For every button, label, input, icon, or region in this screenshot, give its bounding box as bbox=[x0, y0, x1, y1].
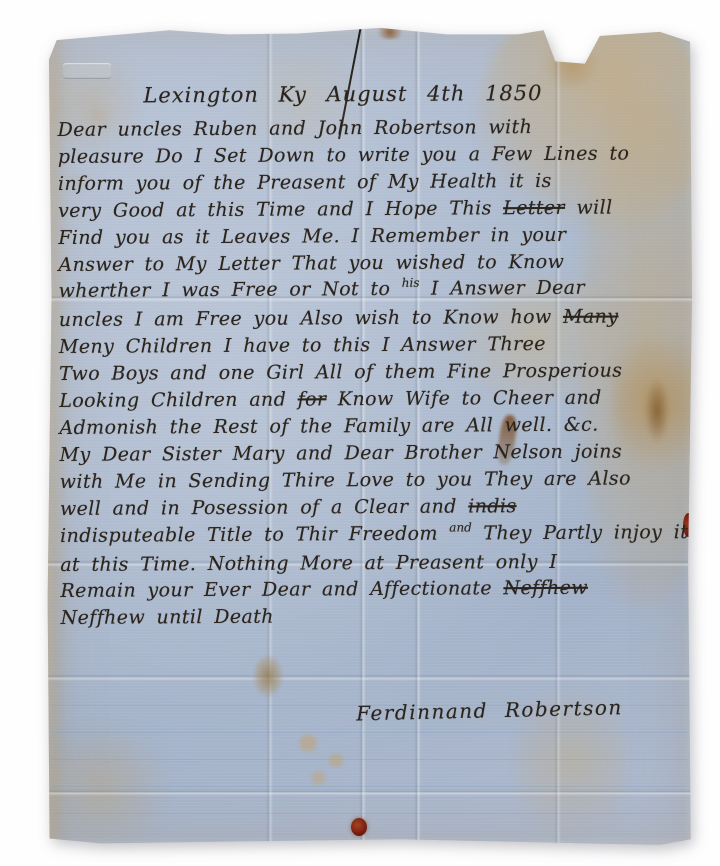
letter-line: very Good at this Time and I Hope This L… bbox=[58, 194, 692, 225]
letter-heading: Lexington Ky August 4th 1850 bbox=[143, 77, 692, 110]
letter-photo: Lexington Ky August 4th 1850 Dear uncles… bbox=[0, 0, 720, 866]
letter-line: at this Time. Nothing More at Preasent o… bbox=[60, 548, 692, 579]
paper-sheet: Lexington Ky August 4th 1850 Dear uncles… bbox=[47, 27, 692, 845]
letter-line: inform you of the Preasent of My Health … bbox=[58, 167, 692, 198]
letter-line: uncles I am Free you Also wish to Know h… bbox=[59, 303, 692, 334]
letter-body: Dear uncles Ruben and John Robertson wit… bbox=[58, 113, 692, 632]
letter-line: indisputeable Title to Thir Freedom and … bbox=[60, 519, 692, 552]
letter-line: Answer to My Letter That you wished to K… bbox=[58, 248, 692, 279]
letter-text: Lexington Ky August 4th 1850 Dear uncles… bbox=[57, 77, 692, 632]
embossed-stamp bbox=[63, 63, 111, 79]
letter-line: Admonish the Rest of the Family are All … bbox=[59, 411, 692, 442]
letter-line: with Me in Sending Thire Love to you The… bbox=[60, 465, 692, 496]
letter-line: Two Boys and one Girl All of them Fine P… bbox=[59, 357, 692, 388]
letter-line: pleasure Do I Set Down to write you a Fe… bbox=[58, 140, 692, 171]
letter-line: Neffhew until Death bbox=[61, 601, 692, 632]
letter-line: Remain your Ever Dear and Affectionate N… bbox=[60, 574, 692, 605]
letter-line: Looking Children and for Know Wife to Ch… bbox=[59, 384, 692, 415]
letter-line: My Dear Sister Mary and Dear Brother Nel… bbox=[60, 438, 692, 469]
letter-paper: Lexington Ky August 4th 1850 Dear uncles… bbox=[47, 27, 692, 845]
letter-line: Meny Children I have to this I Answer Th… bbox=[59, 330, 692, 361]
rust-spot bbox=[375, 27, 405, 39]
letter-line: well and in Posession of a Clear and ind… bbox=[60, 492, 692, 523]
letter-line: Dear uncles Ruben and John Robertson wit… bbox=[58, 113, 692, 144]
letter-line: wherther I was Free or Not to his I Answ… bbox=[59, 274, 692, 307]
letter-line: Find you as it Leaves Me. I Remember in … bbox=[58, 221, 692, 252]
